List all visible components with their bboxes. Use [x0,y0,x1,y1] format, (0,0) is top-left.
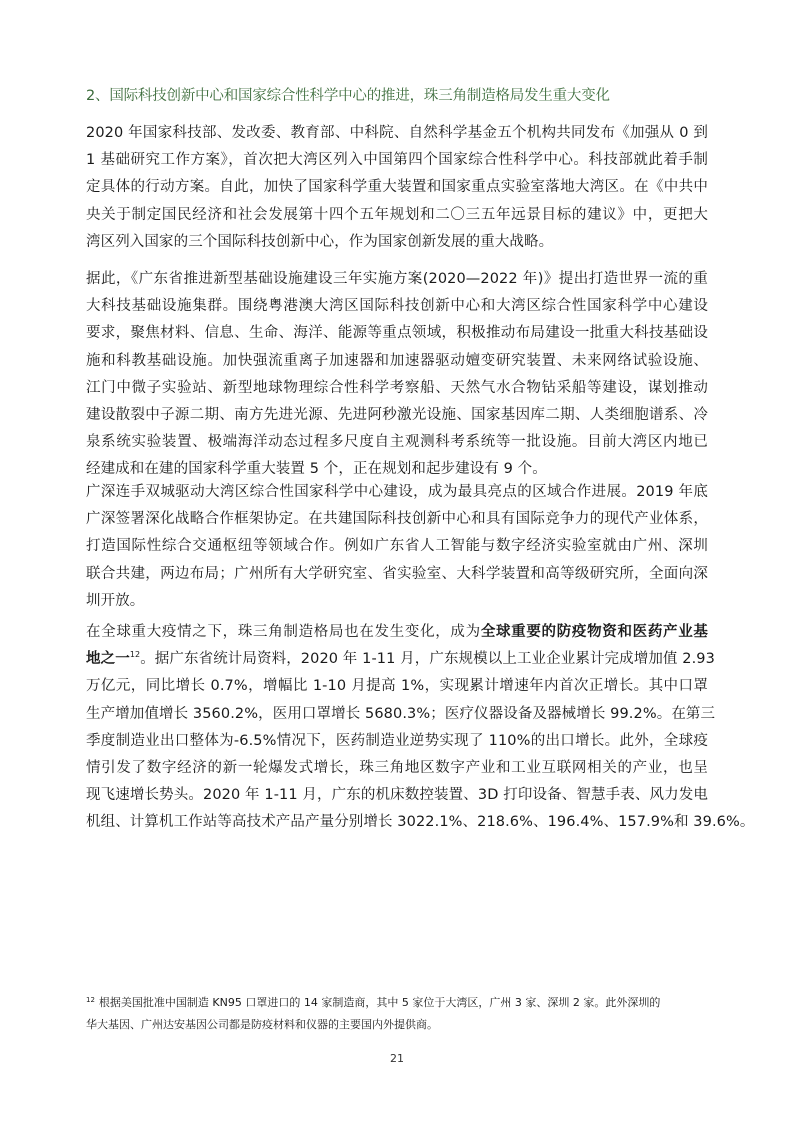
footnote-line: 12根据美国批准中国制造 KN95 口罩进口的 14 家制造商，其中 5 家位于… [86,992,716,1014]
paragraph-4: 在全球重大疫情之下，珠三角制造格局也在发生变化，成为全球重要的防疫物资和医药产业… [86,619,708,837]
text-line: 泉系统实验装置、极端海洋动态过程多尺度自主观测科考系统等一批设施。目前大湾区内地… [86,429,708,456]
paragraph-1: 2020 年国家科技部、发改委、教育部、中科院、自然科学基金五个机构共同发布《加… [86,120,708,256]
text-line: 季度制造业出口整体为-6.5%情况下，医药制造业逆势实现了 110%的出口增长。… [86,728,708,755]
text-line: 情引发了数字经济的新一轮爆发式增长，珠三角地区数字产业和工业互联网相关的产业，也… [86,755,708,782]
text-line: 现飞速增长势头。2020 年 1-11 月，广东的机床数控装置、3D 打印设备、… [86,782,708,809]
footnote-text: 根据美国批准中国制造 KN95 口罩进口的 14 家制造商，其中 5 家位于大湾… [99,996,660,1009]
text-line: 建设散裂中子源二期、南方先进光源、先进阿秒激光设施、国家基因库二期、人类细胞谱系… [86,402,708,429]
text-line: 定具体的行动方案。自此，加快了国家科学重大装置和国家重点实验室落地大湾区。在《中… [86,174,708,201]
paragraph-3: 广深连手双城驱动大湾区综合性国家科学中心建设，成为最具亮点的区域合作进展。201… [86,479,708,615]
text-run: 。据广东省统计局资料，2020 年 1-11 月，广东规模以上工业企业累计完成增… [140,651,715,667]
text-line: 广深连手双城驱动大湾区综合性国家科学中心建设，成为最具亮点的区域合作进展。201… [86,479,708,506]
text-line: 施和科教基础设施。加快强流重离子加速器和加速器驱动嬗变研究装置、未来网络试验设施… [86,348,708,375]
footnote-marker: 12 [86,996,95,1004]
text-line: 打造国际性综合交通枢纽等领域合作。例如广东省人工智能与数字经济实验室就由广州、深… [86,533,708,560]
text-line: 央关于制定国民经济和社会发展第十四个五年规划和二〇三五年远景目标的建议》中，更把… [86,202,708,229]
footnote: 12根据美国批准中国制造 KN95 口罩进口的 14 家制造商，其中 5 家位于… [86,992,716,1036]
text-line: 圳开放。 [86,588,708,615]
footnote-reference[interactable]: 12 [130,650,140,659]
text-run: 在全球重大疫情之下，珠三角制造格局也在发生变化，成为 [86,624,481,640]
text-line: 湾区列入国家的三个国际科技创新中心，作为国家创新发展的重大战略。 [86,229,708,256]
section-heading: 2、国际科技创新中心和国家综合性科学中心的推进，珠三角制造格局发生重大变化 [86,86,726,106]
page-number: 21 [86,1052,708,1065]
text-line: 广深签署深化战略合作框架协定。在共建国际科技创新中心和具有国际竞争力的现代产业体… [86,506,708,533]
text-line: 2020 年国家科技部、发改委、教育部、中科院、自然科学基金五个机构共同发布《加… [86,120,708,147]
text-line: 联合共建，两边布局；广州所有大学研究室、省实验室、大科学装置和高等级研究所，全面… [86,561,708,588]
paragraph-2: 据此，《广东省推进新型基础设施建设三年实施方案(2020—2022 年)》提出打… [86,266,708,484]
text-line: 在全球重大疫情之下，珠三角制造格局也在发生变化，成为全球重要的防疫物资和医药产业… [86,619,708,646]
text-line: 地之一12。据广东省统计局资料，2020 年 1-11 月，广东规模以上工业企业… [86,646,708,673]
emphasis-text: 全球重要的防疫物资和医药产业基 [481,624,708,640]
text-line: 生产增加值增长 3560.2%，医用口罩增长 5680.3%；医疗仪器设备及器械… [86,701,708,728]
text-line: 万亿元，同比增长 0.7%，增幅比 1-10 月提高 1%，实现累计增速年内首次… [86,673,708,700]
emphasis-text: 地之一 [86,651,130,667]
text-line: 据此，《广东省推进新型基础设施建设三年实施方案(2020—2022 年)》提出打… [86,266,708,293]
footnote-line: 华大基因、广州达安基因公司都是防疫材料和仪器的主要国内外提供商。 [86,1014,716,1036]
text-line: 机组、计算机工作站等高技术产品产量分别增长 3022.1%、218.6%、196… [86,809,708,836]
text-line: 要求，聚焦材料、信息、生命、海洋、能源等重点领域，积极推动布局建设一批重大科技基… [86,320,708,347]
text-line: 大科技基础设施集群。围绕粤港澳大湾区国际科技创新中心和大湾区综合性国家科学中心建… [86,293,708,320]
text-line: 1 基础研究工作方案》，首次把大湾区列入中国第四个国家综合性科学中心。科技部就此… [86,147,708,174]
text-line: 江门中微子实验站、新型地球物理综合性科学考察船、天然气水合物钻采船等建设，谋划推… [86,375,708,402]
